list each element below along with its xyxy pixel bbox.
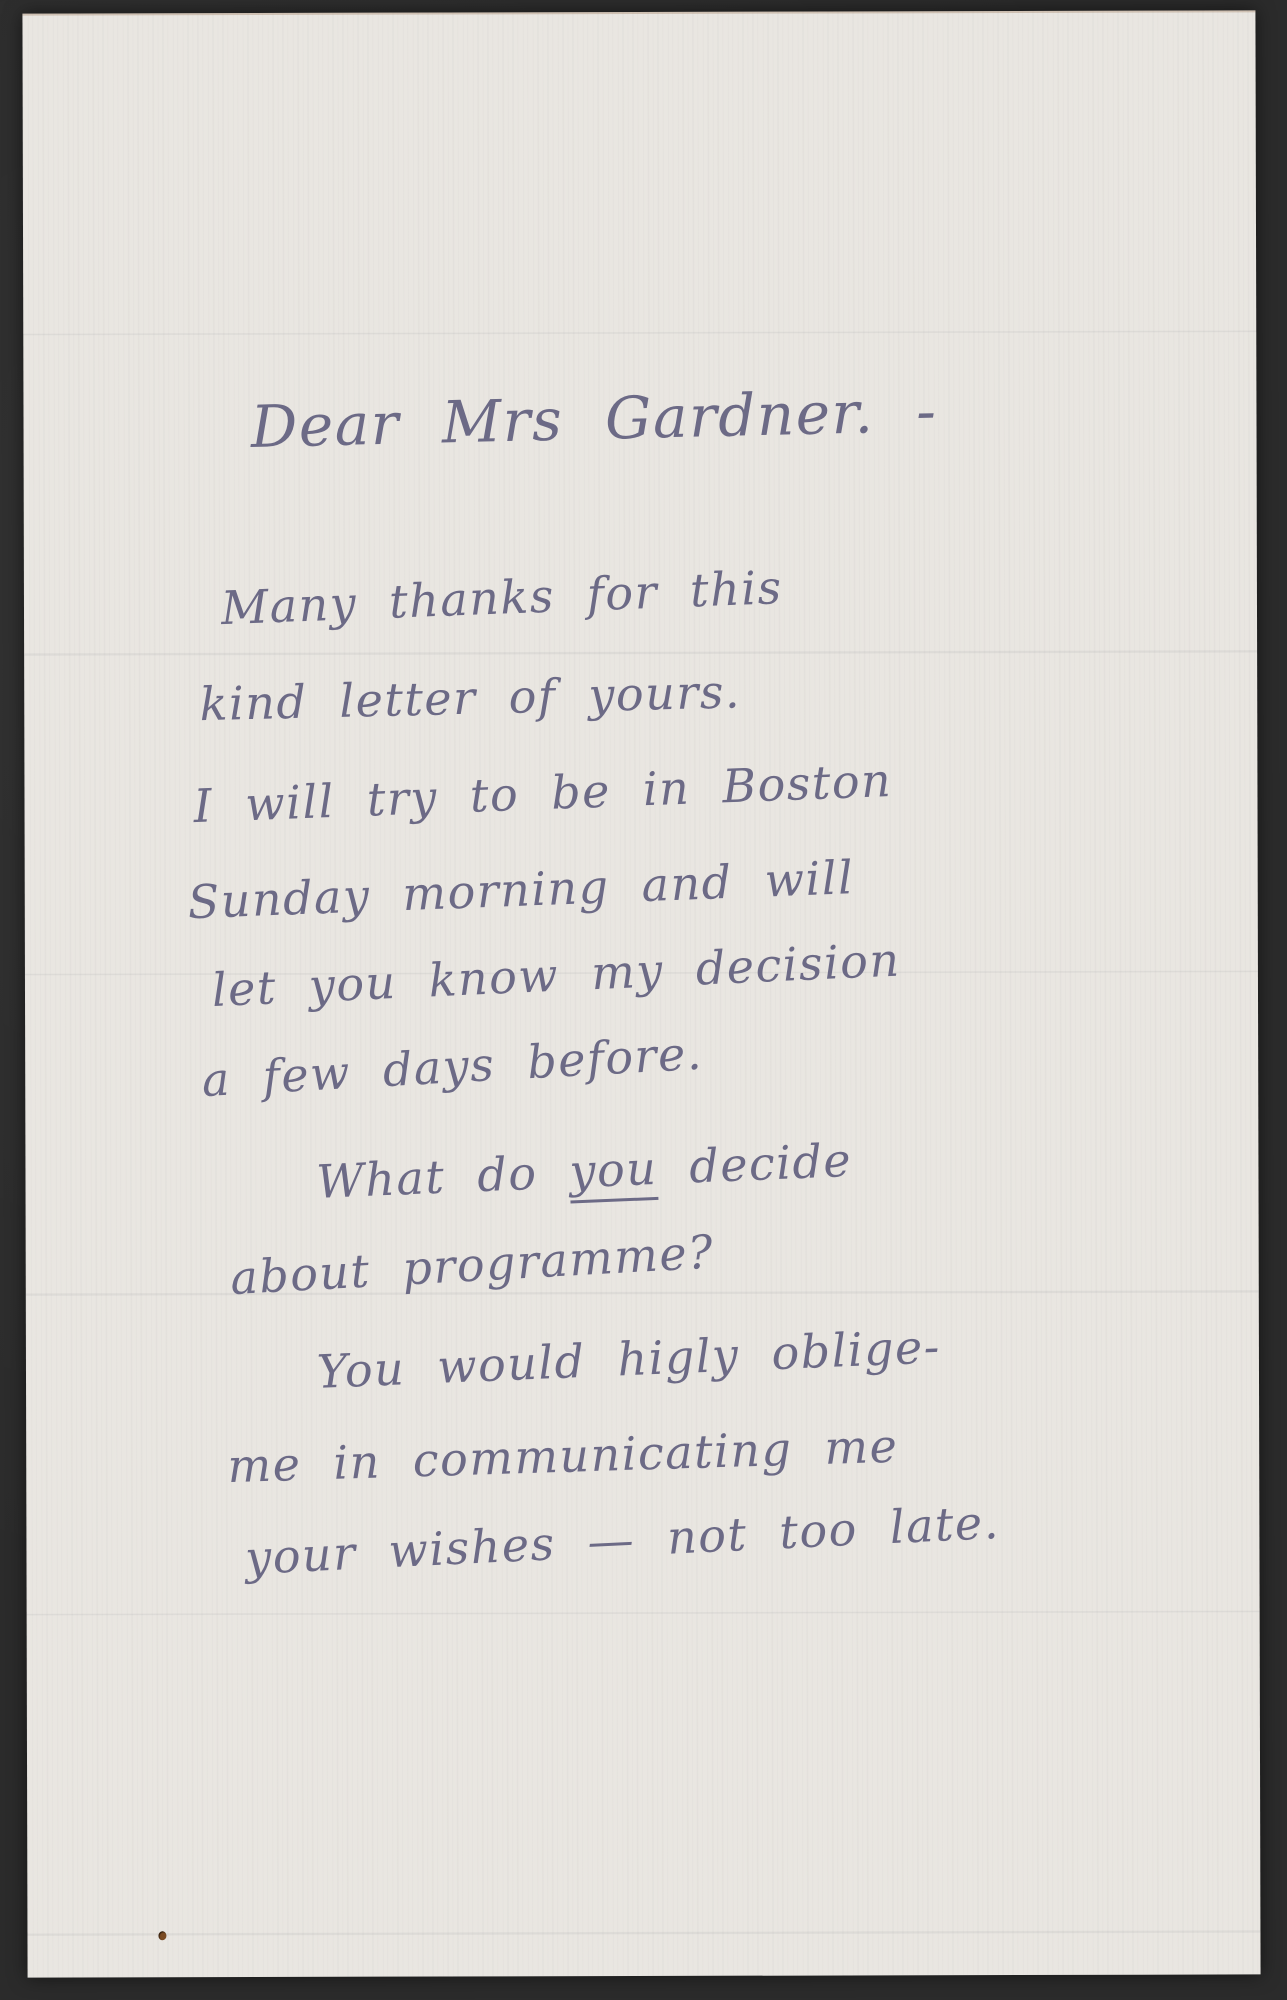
letter-line: a few days before. — [200, 1026, 704, 1107]
letter-text: Dear Mrs Gardner. - Many thanks for this… — [22, 12, 1260, 1977]
letter-line: your wishes — not too late. — [244, 1495, 1001, 1585]
letter-line: let you know my decision — [211, 933, 902, 1018]
salutation-line: Dear Mrs Gardner. - — [250, 377, 938, 461]
underlined-word: you — [568, 1141, 658, 1204]
letter-line: Many thanks for this — [220, 560, 783, 635]
paper-speck — [158, 1931, 166, 1940]
letter-line: Sunday morning and will — [187, 850, 855, 929]
photo-background: Dear Mrs Gardner. - Many thanks for this… — [0, 0, 1287, 2000]
letter-line-fragment: What do — [315, 1145, 570, 1209]
letter-line: I will try to be in Boston — [193, 753, 894, 833]
letter-line: kind letter of yours. — [199, 664, 742, 731]
letter-line: me in communicating me — [227, 1419, 899, 1493]
letter-line: What do you decide — [315, 1133, 853, 1209]
letter-line: You would higly oblige- — [316, 1319, 942, 1399]
letter-line: about programme? — [229, 1225, 716, 1306]
letter-line-fragment: decide — [656, 1133, 853, 1195]
letter-paper: Dear Mrs Gardner. - Many thanks for this… — [22, 10, 1260, 1977]
